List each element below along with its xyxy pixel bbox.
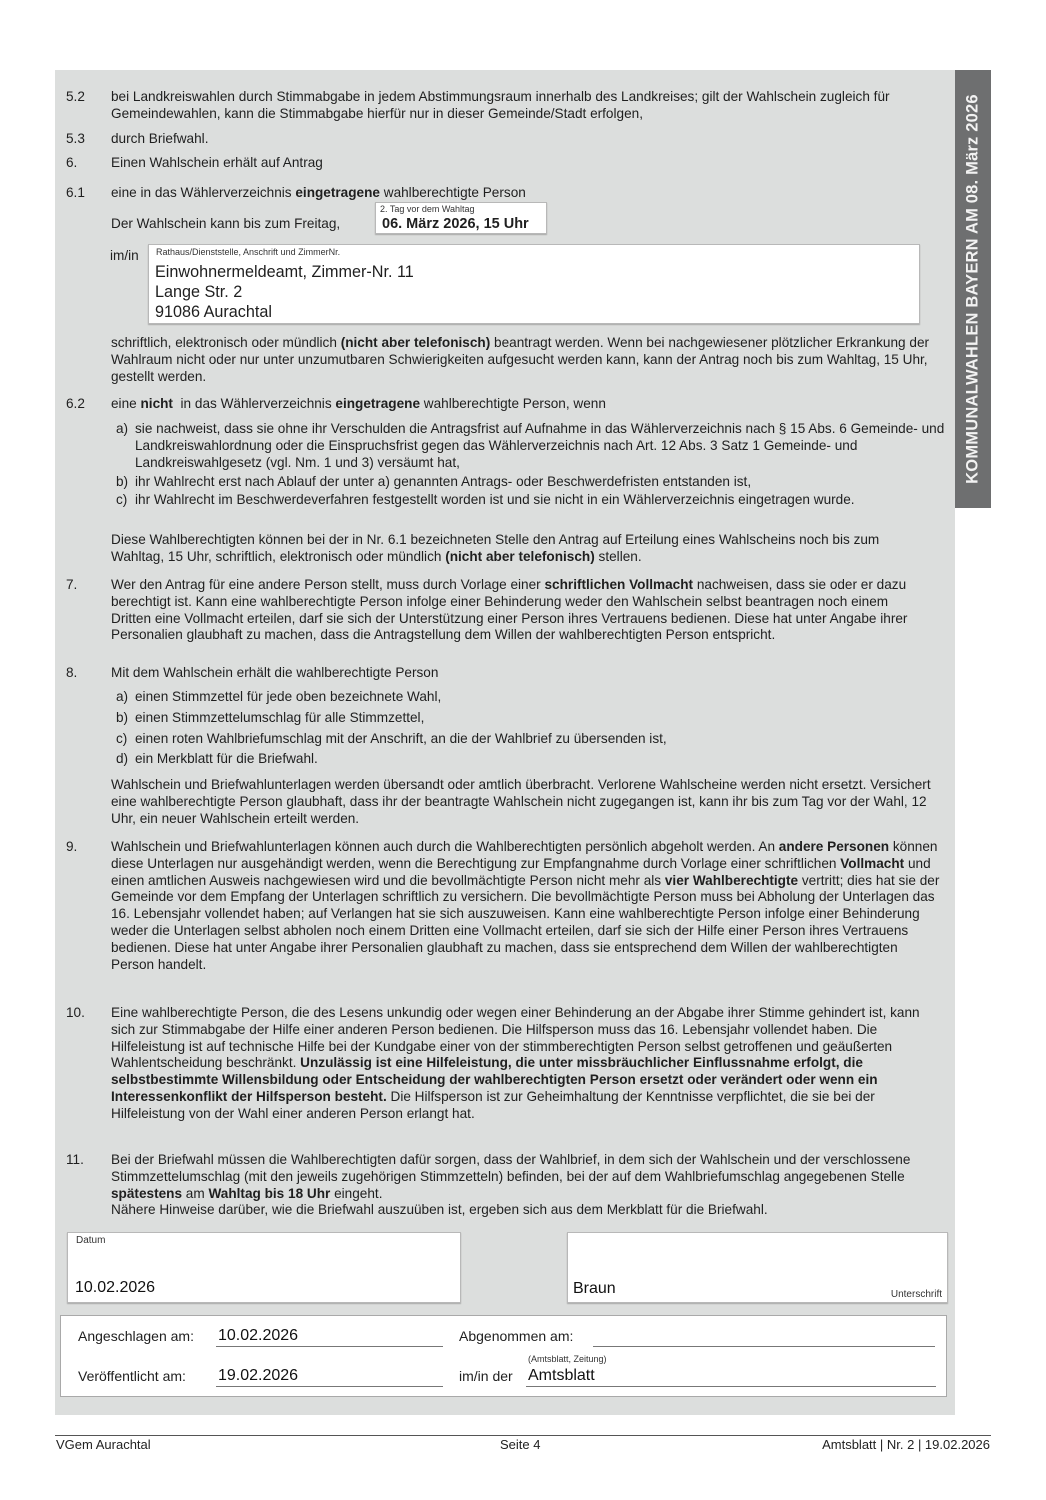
item-8-text: Mit dem Wahlschein erhält die wahlberech… [111, 665, 946, 682]
sub-label: c) [116, 492, 127, 509]
text-run: am [182, 1186, 208, 1201]
sub-item-a: a)sie nachweist, dass sie ohne ihr Versc… [116, 421, 946, 471]
emphasis: vier Wahlberechtigte [665, 873, 798, 888]
sub-text: einen Stimmzettelumschlag für alle Stimm… [116, 710, 946, 727]
emphasis: spätestens [111, 1186, 182, 1201]
item-11-text: Bei der Briefwahl müssen die Wahlberecht… [111, 1152, 931, 1202]
posted-value: 10.02.2026 [218, 1327, 298, 1345]
address-line: 91086 Aurachtal [155, 302, 414, 322]
address-line: Lange Str. 2 [155, 282, 414, 302]
sub-text: ihr Wahlrecht erst nach Ablauf der unter… [116, 474, 946, 491]
sub-label: d) [116, 751, 128, 768]
item-number: 7. [66, 577, 77, 594]
signature-value: Braun [573, 1280, 616, 1298]
text-run: Wer den Antrag für eine andere Person st… [111, 577, 544, 592]
date-field: Datum 10.02.2026 [67, 1232, 461, 1303]
footer-left: VGem Aurachtal [56, 1437, 151, 1452]
item-11-note: Nähere Hinweise darüber, wie die Briefwa… [111, 1202, 946, 1219]
removed-label: Abgenommen am: [459, 1328, 573, 1345]
item-number: 5.2 [66, 89, 85, 106]
footer-page: Seite 4 [500, 1437, 540, 1452]
sub-item-a: a)einen Stimmzettel für jede oben bezeic… [116, 689, 946, 706]
item-9-text: Wahlschein und Briefwahlunterlagen könne… [111, 839, 943, 973]
item-number: 6.2 [66, 396, 85, 413]
sub-label: b) [116, 710, 128, 727]
location-label: Rathaus/Dienststelle, Anschrift und Zimm… [156, 247, 340, 257]
item-6-text: Einen Wahlschein erhält auf Antrag [111, 155, 946, 172]
posted-label: Angeschlagen am: [78, 1328, 194, 1345]
sub-item-d: d)ein Merkblatt für die Briefwahl. [116, 751, 946, 768]
sub-text: sie nachweist, dass sie ohne ihr Verschu… [116, 421, 946, 471]
date-value: 10.02.2026 [75, 1279, 155, 1297]
item-5-3-text: durch Briefwahl. [111, 131, 946, 148]
deadline-field: 2. Tag vor dem Wahltag 06. März 2026, 15… [375, 202, 547, 234]
item-number: 10. [66, 1005, 85, 1022]
medium-value: Amtsblatt [528, 1367, 595, 1385]
date-label: Datum [76, 1235, 105, 1246]
item-number: 9. [66, 839, 77, 856]
removed-line [593, 1328, 935, 1347]
sub-item-c: c)ihr Wahlrecht im Beschwerdeverfahren f… [116, 492, 946, 509]
sub-item-b: b)ihr Wahlrecht erst nach Ablauf der unt… [116, 474, 946, 491]
emphasis: Wahltag bis 18 Uhr [208, 1186, 330, 1201]
item-6-1-conditions: schriftlich, elektronisch oder mündlich … [111, 335, 943, 385]
emphasis: schriftlichen Vollmacht [544, 577, 693, 592]
emphasis: Vollmacht [840, 856, 904, 871]
text-run: wahlberechtigte Person, wenn [420, 396, 606, 411]
deadline-value: 06. März 2026, 15 Uhr [382, 216, 529, 232]
published-label: Veröffentlicht am: [78, 1368, 186, 1385]
publication-box: Angeschlagen am: 10.02.2026 Abgenommen a… [60, 1315, 947, 1397]
location-address: Einwohnermeldeamt, Zimmer-Nr. 11 Lange S… [155, 262, 414, 322]
location-prefix: im/in [110, 248, 139, 265]
emphasis: (nicht aber telefonisch) [445, 549, 595, 564]
sub-item-c: c)einen roten Wahlbriefumschlag mit der … [116, 731, 946, 748]
sub-text: einen roten Wahlbriefumschlag mit der An… [116, 731, 946, 748]
item-5-2-text: bei Landkreiswahlen durch Stimmabgabe in… [111, 89, 946, 123]
published-value: 19.02.2026 [218, 1367, 298, 1385]
footer-rule [55, 1435, 991, 1436]
side-banner-text: KOMMUNALWAHLEN BAYERN AM 08. März 2026 [964, 94, 983, 484]
text-run: eine [111, 396, 140, 411]
side-banner: KOMMUNALWAHLEN BAYERN AM 08. März 2026 [955, 70, 991, 508]
sub-label: b) [116, 474, 128, 491]
sub-label: a) [116, 689, 128, 706]
item-8-after: Wahlschein und Briefwahlunterlagen werde… [111, 777, 936, 827]
address-line: Einwohnermeldeamt, Zimmer-Nr. 11 [155, 262, 414, 282]
item-6-2-after: Diese Wahlberechtigten können bei der in… [111, 532, 911, 566]
item-6-2-text: eine nicht in das Wählerverzeichnis eing… [111, 396, 946, 413]
emphasis: eingetragene [295, 185, 380, 200]
sub-text: ihr Wahlrecht im Beschwerdeverfahren fes… [116, 492, 946, 509]
location-field: Rathaus/Dienststelle, Anschrift und Zimm… [148, 244, 920, 324]
emphasis: nicht [140, 396, 172, 411]
signature-label: Unterschrift [891, 1289, 942, 1300]
item-10-text: Eine wahlberechtigte Person, die des Les… [111, 1005, 943, 1123]
text-run: wahlberechtigte Person [380, 185, 526, 200]
sub-label: a) [116, 421, 128, 438]
item-number: 11. [66, 1152, 84, 1169]
text-run: eingeht. [330, 1186, 382, 1201]
text-run: Wahlschein und Briefwahlunterlagen könne… [111, 839, 779, 854]
text-run: Bei der Briefwahl müssen die Wahlberecht… [111, 1152, 910, 1184]
signature-field: Braun Unterschrift [567, 1232, 948, 1303]
medium-prefix: im/in der [459, 1368, 513, 1385]
item-7-text: Wer den Antrag für eine andere Person st… [111, 577, 921, 644]
item-number: 6. [66, 155, 77, 172]
item-number: 8. [66, 665, 77, 682]
text-run: stellen. [595, 549, 642, 564]
sub-label: c) [116, 731, 127, 748]
emphasis: andere Personen [779, 839, 889, 854]
sub-text: einen Stimmzettel für jede oben bezeichn… [116, 689, 946, 706]
medium-label: (Amtsblatt, Zeitung) [528, 1354, 607, 1364]
sub-item-b: b)einen Stimmzettelumschlag für alle Sti… [116, 710, 946, 727]
emphasis: eingetragene [335, 396, 420, 411]
footer-right: Amtsblatt | Nr. 2 | 19.02.2026 [822, 1437, 990, 1452]
item-6-1-text: eine in das Wählerverzeichnis eingetrage… [111, 185, 946, 202]
text-run: schriftlich, elektronisch oder mündlich [111, 335, 341, 350]
text-run: in das Wählerverzeichnis [173, 396, 335, 411]
emphasis: (nicht aber telefonisch) [341, 335, 491, 350]
text-run: eine in das Wählerverzeichnis [111, 185, 295, 200]
sub-text: ein Merkblatt für die Briefwahl. [116, 751, 946, 768]
item-number: 6.1 [66, 185, 85, 202]
deadline-label: 2. Tag vor dem Wahltag [380, 204, 475, 214]
item-number: 5.3 [66, 131, 85, 148]
